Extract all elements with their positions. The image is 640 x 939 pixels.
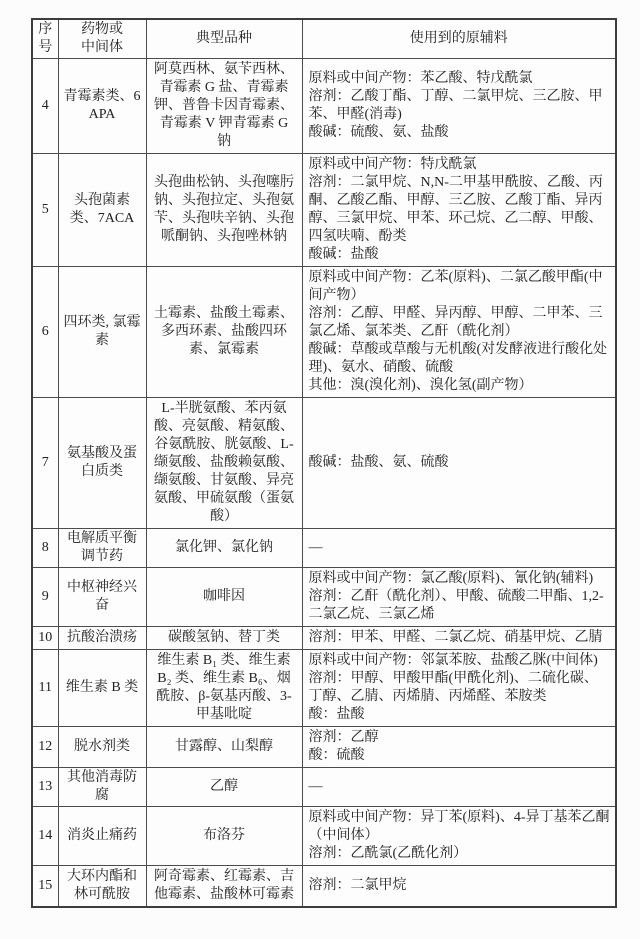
table-row: 6四环类, 氯霉素土霉素、盐酸土霉素、多西环素、盐酸四环素、氯霉素原料或中间产物…	[32, 267, 616, 398]
cell-serial-number: 14	[32, 807, 58, 866]
material-line: 其他：溴(溴化剂)、溴化氢(副产物）	[309, 377, 612, 395]
cell-serial-number: 8	[32, 529, 58, 568]
cell-serial-number: 15	[32, 866, 58, 908]
cell-typical-varieties: 头孢曲松钠、头孢噻肟钠、头孢拉定、头孢氨苄、头孢呋辛钠、头孢哌酮钠、头孢唑林钠	[146, 154, 302, 267]
cell-serial-number: 9	[32, 568, 58, 627]
material-line: 溶剂：二氯甲烷	[309, 877, 612, 895]
cell-typical-varieties: 乙醇	[146, 768, 302, 807]
material-line: 原料或中间产物：乙苯(原料)、二氯乙酸甲酯(中间产物）	[309, 269, 612, 305]
table-header-row: 序 号 药物或 中间体 典型品种 使用到的原辅料	[32, 19, 616, 59]
header-serial-number: 序 号	[32, 19, 58, 59]
cell-drug-category: 大环内酯和林可酰胺	[58, 866, 146, 908]
cell-typical-varieties: 布洛芬	[146, 807, 302, 866]
cell-serial-number: 10	[32, 627, 58, 650]
cell-drug-category: 维生素 B 类	[58, 650, 146, 727]
cell-raw-materials: 原料或中间产物：苯乙酸、特戊酰氯溶剂：乙酸丁酯、丁醇、二氯甲烷、三乙胺、甲苯、甲…	[302, 59, 616, 154]
cell-raw-materials: 酸碱：盐酸、氨、硫酸	[302, 398, 616, 529]
header-drug-or-intermediate: 药物或 中间体	[58, 19, 146, 59]
table-row: 14消炎止痛药布洛芬原料或中间产物：异丁苯(原料)、4-异丁基苯乙酮（中间体）溶…	[32, 807, 616, 866]
cell-drug-category: 消炎止痛药	[58, 807, 146, 866]
cell-drug-category: 脱水剂类	[58, 727, 146, 768]
cell-typical-varieties: 土霉素、盐酸土霉素、多西环素、盐酸四环素、氯霉素	[146, 267, 302, 398]
cell-drug-category: 氨基酸及蛋白质类	[58, 398, 146, 529]
cell-raw-materials: 原料或中间产物：氯乙酸(原料)、氰化钠(辅料)溶剂：乙酐（酰化剂）、甲酸、硫酸二…	[302, 568, 616, 627]
table-row: 5头孢菌素类、7ACA头孢曲松钠、头孢噻肟钠、头孢拉定、头孢氨苄、头孢呋辛钠、头…	[32, 154, 616, 267]
material-line: 原料或中间产物：异丁苯(原料)、4-异丁基苯乙酮（中间体）	[309, 809, 612, 845]
table-row: 9中枢神经兴奋咖啡因原料或中间产物：氯乙酸(原料)、氰化钠(辅料)溶剂：乙酐（酰…	[32, 568, 616, 627]
table-row: 10抗酸治溃疡碳酸氢钠、替丁类溶剂：甲苯、甲醛、二氯乙烷、硝基甲烷、乙腈	[32, 627, 616, 650]
table-header: 序 号 药物或 中间体 典型品种 使用到的原辅料	[32, 19, 616, 59]
material-line: 溶剂：乙酰氯(乙酰化剂）	[309, 845, 612, 863]
cell-serial-number: 4	[32, 59, 58, 154]
header-raw-materials-used: 使用到的原辅料	[302, 19, 616, 59]
cell-typical-varieties: 碳酸氢钠、替丁类	[146, 627, 302, 650]
material-line: 溶剂：乙酸丁酯、丁醇、二氯甲烷、三乙胺、甲苯、甲醛(消毒)	[309, 88, 612, 124]
material-line: 酸：硫酸	[309, 747, 612, 765]
cell-typical-varieties: 咖啡因	[146, 568, 302, 627]
material-line: 酸碱：盐酸、氨、硫酸	[309, 454, 612, 472]
cell-typical-varieties: 甘露醇、山梨醇	[146, 727, 302, 768]
table-row: 12脱水剂类甘露醇、山梨醇溶剂：乙醇酸：硫酸	[32, 727, 616, 768]
cell-raw-materials: 原料或中间产物：特戊酰氯溶剂：二氯甲烷、N,N-二甲基甲酰胺、乙酸、丙酮、乙酸乙…	[302, 154, 616, 267]
cell-typical-varieties: L-半胱氨酸、苯丙氨酸、亮氨酸、精氨酸、谷氨酰胺、胱氨酸、L-缬氨酸、盐酸赖氨酸…	[146, 398, 302, 529]
cell-raw-materials: 原料或中间产物：乙苯(原料)、二氯乙酸甲酯(中间产物）溶剂：乙醇、甲醛、异丙醇、…	[302, 267, 616, 398]
cell-drug-category: 四环类, 氯霉素	[58, 267, 146, 398]
cell-serial-number: 12	[32, 727, 58, 768]
cell-typical-varieties: 维生素 B₁ 类、维生素 B₂ 类、维生素 B₆、烟酰胺、β-氨基丙酸、3-甲基…	[146, 650, 302, 727]
cell-typical-varieties: 氯化钾、氯化钠	[146, 529, 302, 568]
cell-drug-category: 抗酸治溃疡	[58, 627, 146, 650]
cell-serial-number: 7	[32, 398, 58, 529]
material-line: 酸碱：硫酸、氨、盐酸	[309, 124, 612, 142]
cell-serial-number: 13	[32, 768, 58, 807]
cell-raw-materials: —	[302, 529, 616, 568]
document-page: 序 号 药物或 中间体 典型品种 使用到的原辅料 4青霉素类、6APA阿莫西林、…	[0, 0, 640, 939]
cell-raw-materials: 溶剂：甲苯、甲醛、二氯乙烷、硝基甲烷、乙腈	[302, 627, 616, 650]
table-row: 7氨基酸及蛋白质类L-半胱氨酸、苯丙氨酸、亮氨酸、精氨酸、谷氨酰胺、胱氨酸、L-…	[32, 398, 616, 529]
material-line: 酸碱：盐酸	[309, 246, 612, 264]
cell-drug-category: 中枢神经兴奋	[58, 568, 146, 627]
material-line: 酸：盐酸	[309, 706, 612, 724]
cell-raw-materials: 溶剂：二氯甲烷	[302, 866, 616, 908]
table-row: 13其他消毒防腐乙醇—	[32, 768, 616, 807]
material-line: 原料或中间产物：氯乙酸(原料)、氰化钠(辅料)	[309, 570, 612, 588]
cell-drug-category: 青霉素类、6APA	[58, 59, 146, 154]
table-row: 4青霉素类、6APA阿莫西林、氨苄西林、青霉素 G 盐、青霉素钾、普鲁卡因青霉素…	[32, 59, 616, 154]
material-line: 溶剂：乙醇、甲醛、异丙醇、甲醇、二甲苯、三氯乙烯、氯苯类、乙酐（酰化剂）	[309, 305, 612, 341]
cell-raw-materials: —	[302, 768, 616, 807]
cell-raw-materials: 溶剂：乙醇酸：硫酸	[302, 727, 616, 768]
material-line: 溶剂：甲苯、甲醛、二氯乙烷、硝基甲烷、乙腈	[309, 629, 612, 647]
cell-drug-category: 其他消毒防腐	[58, 768, 146, 807]
cell-typical-varieties: 阿奇霉素、红霉素、吉他霉素、盐酸林可霉素	[146, 866, 302, 908]
cell-drug-category: 头孢菌素类、7ACA	[58, 154, 146, 267]
material-line: —	[309, 778, 612, 796]
raw-materials-table: 序 号 药物或 中间体 典型品种 使用到的原辅料 4青霉素类、6APA阿莫西林、…	[31, 18, 617, 908]
cell-serial-number: 6	[32, 267, 58, 398]
table-row: 11维生素 B 类维生素 B₁ 类、维生素 B₂ 类、维生素 B₆、烟酰胺、β-…	[32, 650, 616, 727]
material-line: 溶剂：二氯甲烷、N,N-二甲基甲酰胺、乙酸、丙酮、乙酸乙酯、甲醇、三乙胺、乙酸丁…	[309, 174, 612, 246]
cell-serial-number: 11	[32, 650, 58, 727]
cell-serial-number: 5	[32, 154, 58, 267]
cell-raw-materials: 原料或中间产物：异丁苯(原料)、4-异丁基苯乙酮（中间体）溶剂：乙酰氯(乙酰化剂…	[302, 807, 616, 866]
cell-typical-varieties: 阿莫西林、氨苄西林、青霉素 G 盐、青霉素钾、普鲁卡因青霉素、青霉素 V 钾青霉…	[146, 59, 302, 154]
material-line: —	[309, 539, 612, 557]
material-line: 酸碱：草酸或草酸与无机酸(对发酵液进行酸化处理)、氨水、硝酸、硫酸	[309, 341, 612, 377]
material-line: 原料或中间产物：特戊酰氯	[309, 156, 612, 174]
material-line: 原料或中间产物：苯乙酸、特戊酰氯	[309, 70, 612, 88]
table-body: 4青霉素类、6APA阿莫西林、氨苄西林、青霉素 G 盐、青霉素钾、普鲁卡因青霉素…	[32, 59, 616, 908]
material-line: 溶剂：乙酐（酰化剂）、甲酸、硫酸二甲酯、1,2-二氯乙烷、三氯乙烯	[309, 588, 612, 624]
cell-raw-materials: 原料或中间产物：邻氯苯胺、盐酸乙脒(中间体)溶剂：甲醇、甲酸甲酯(甲酰化剂)、二…	[302, 650, 616, 727]
material-line: 溶剂：甲醇、甲酸甲酯(甲酰化剂)、二硫化碳、丁醇、乙腈、丙烯腈、丙烯醛、苯胺类	[309, 670, 612, 706]
table-row: 15大环内酯和林可酰胺阿奇霉素、红霉素、吉他霉素、盐酸林可霉素溶剂：二氯甲烷	[32, 866, 616, 908]
material-line: 溶剂：乙醇	[309, 729, 612, 747]
cell-drug-category: 电解质平衡调节药	[58, 529, 146, 568]
header-typical-varieties: 典型品种	[146, 19, 302, 59]
material-line: 原料或中间产物：邻氯苯胺、盐酸乙脒(中间体)	[309, 652, 612, 670]
table-row: 8电解质平衡调节药氯化钾、氯化钠—	[32, 529, 616, 568]
